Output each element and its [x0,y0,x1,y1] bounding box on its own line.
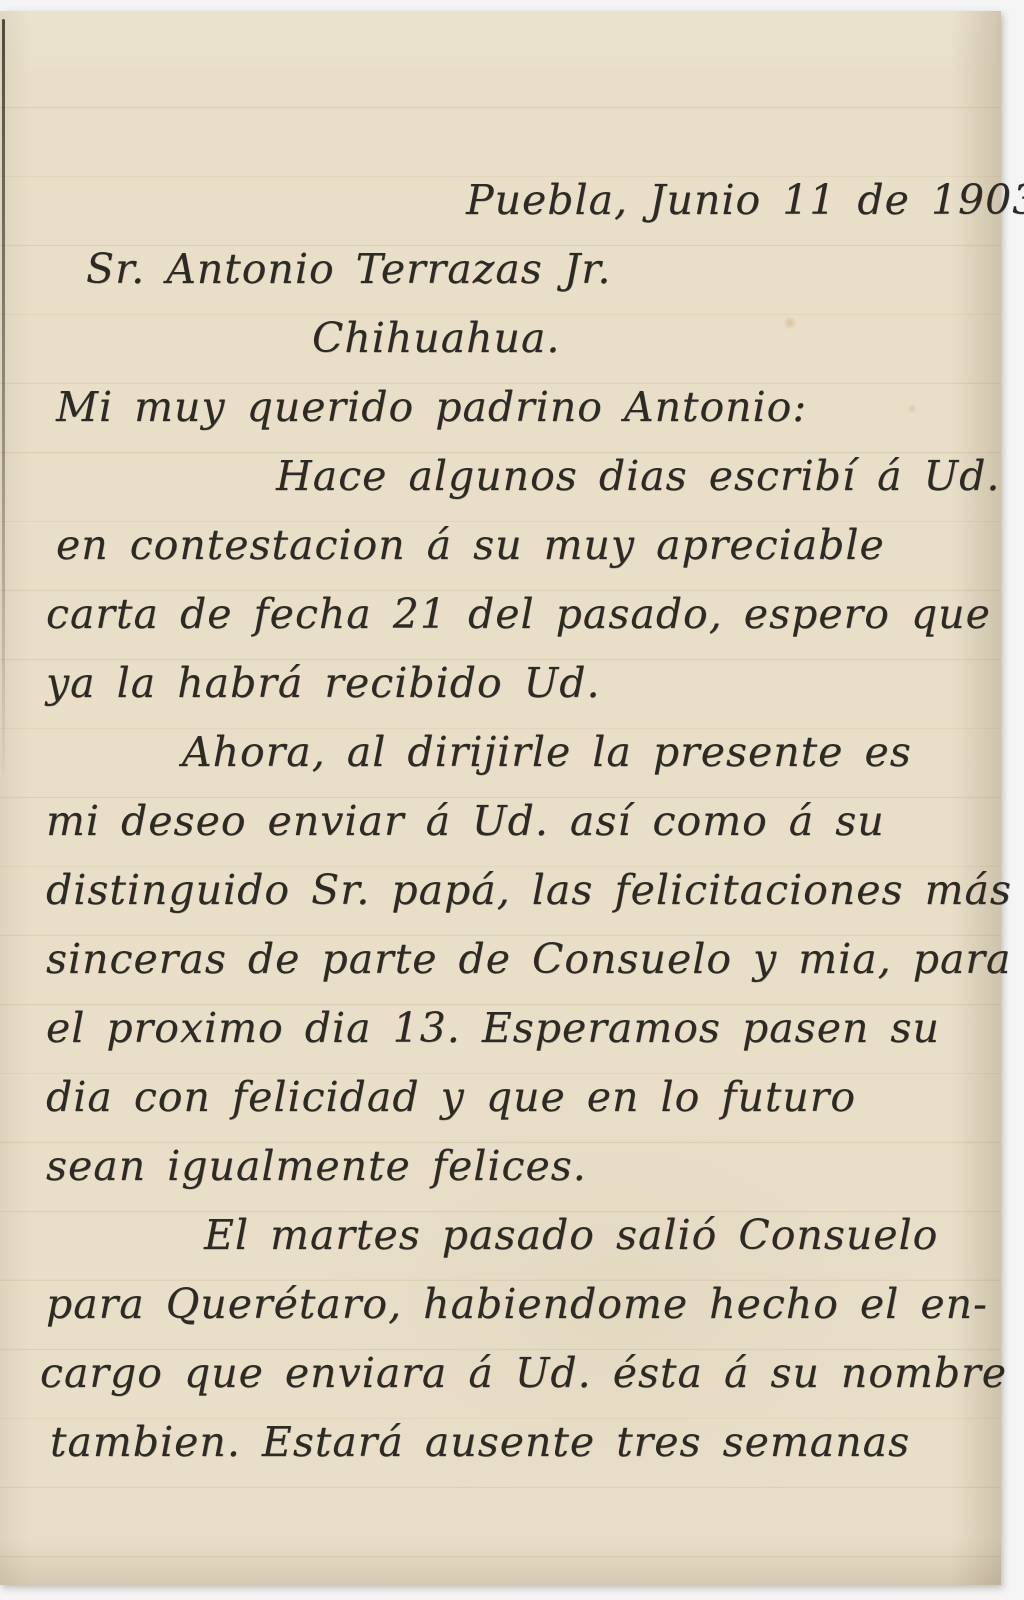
body-line: mi deseo enviar á Ud. así como á su [46,787,995,856]
body-line: tambien. Estará ausente tres semanas [50,1408,995,1477]
body-line: El martes pasado salió Consuelo [204,1201,995,1270]
body-line: distinguido Sr. papá, las felicitaciones… [46,856,995,925]
body-line: sinceras de parte de Consuelo y mia, par… [46,925,995,994]
letter-body: Puebla, Junio 11 de 1903.Sr. Antonio Ter… [0,11,1001,1585]
letter-page: Puebla, Junio 11 de 1903.Sr. Antonio Ter… [0,11,1001,1585]
body-line: Ahora, al dirijirle la presente es [182,718,995,787]
body-line: dia con felicidad y que en lo futuro [46,1063,995,1132]
body-line: para Querétaro, habiendome hecho el en- [46,1270,995,1339]
recipient-name: Sr. Antonio Terrazas Jr. [86,235,995,304]
body-line: en contestacion á su muy apreciable [56,511,995,580]
salutation: Mi muy querido padrino Antonio: [56,373,995,442]
body-line: cargo que enviara á Ud. ésta á su nombre [40,1339,995,1408]
body-line: sean igualmente felices. [46,1132,995,1201]
body-line: ya la habrá recibido Ud. [46,649,995,718]
body-line: Hace algunos dias escribí á Ud. [276,442,995,511]
dateline: Puebla, Junio 11 de 1903. [466,166,995,235]
body-line: el proximo dia 13. Esperamos pasen su [46,994,995,1063]
body-line: carta de fecha 21 del pasado, espero que [46,580,995,649]
recipient-city: Chihuahua. [312,304,995,373]
